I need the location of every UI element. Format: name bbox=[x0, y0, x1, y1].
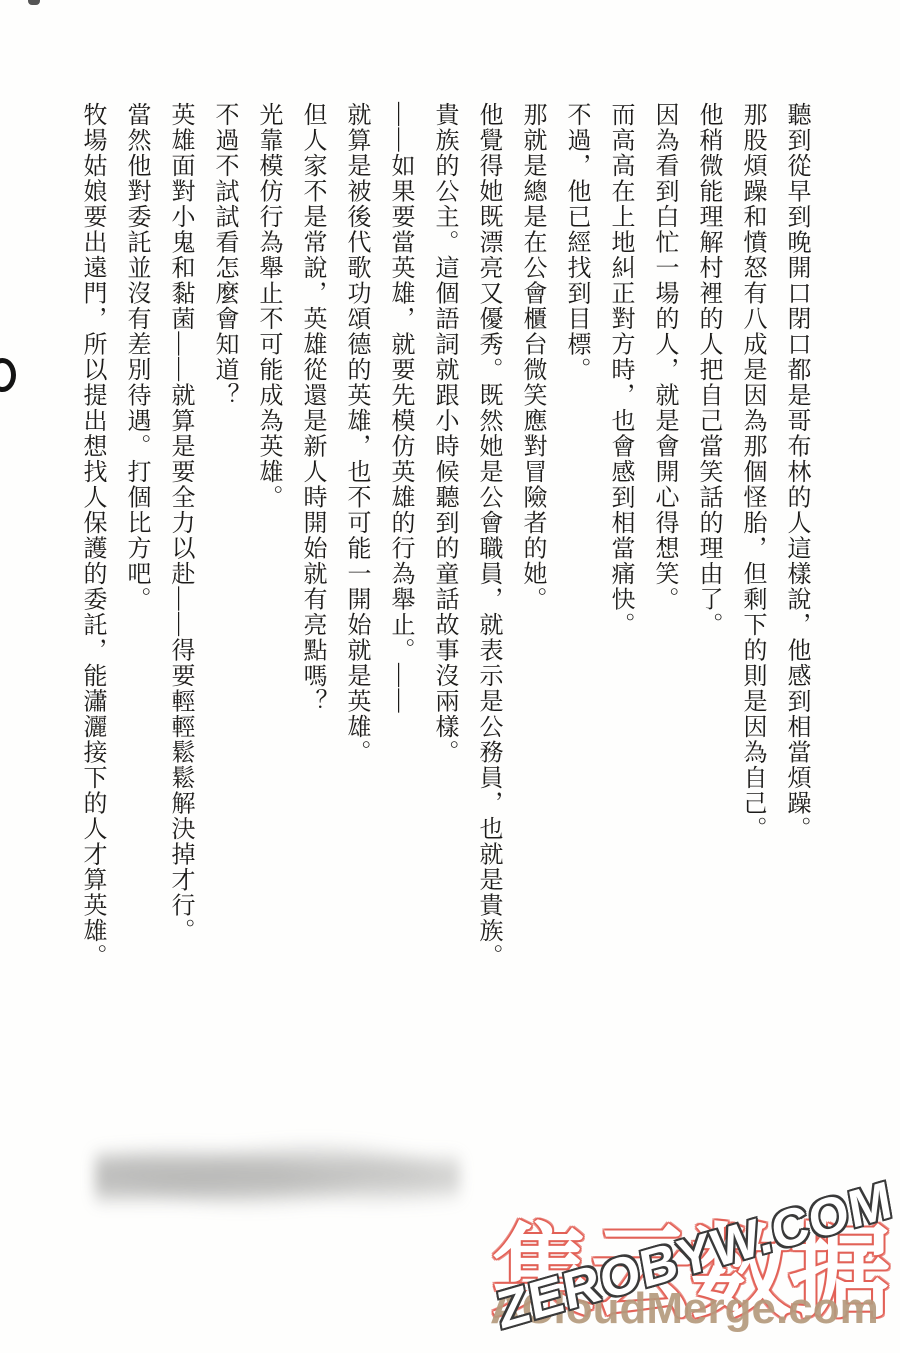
novel-page: 聽到從早到晚開口閉口都是哥布林的人這樣說，他感到相當煩躁。 那股煩躁和憤怒有八成… bbox=[0, 0, 900, 1353]
page-edge-mark bbox=[0, 358, 16, 392]
novel-text-block: 聽到從早到晚開口閉口都是哥布林的人這樣說，他感到相當煩躁。 那股煩躁和憤怒有八成… bbox=[70, 102, 818, 970]
scan-artifact-top-speck bbox=[28, 0, 40, 5]
text-column: 就算是被後代歌功頌德的英雄，也不可能一開始就是英雄。 bbox=[334, 102, 378, 970]
text-column: 不過不試試看怎麼會知道？ bbox=[202, 102, 246, 970]
text-column: 但人家不是常說，英雄從還是新人時開始就有亮點嗎？ bbox=[290, 102, 334, 970]
text-column: 那就是總是在公會櫃台微笑應對冒險者的她。 bbox=[510, 102, 554, 970]
text-column: 牧場姑娘要出遠門，所以提出想找人保護的委託，能瀟灑接下的人才算英雄。 bbox=[70, 102, 114, 970]
text-column: 他覺得她既漂亮又優秀。既然她是公會職員，就表示是公務員，也就是貴族。 bbox=[466, 102, 510, 970]
text-column: 不過，他已經找到目標。 bbox=[554, 102, 598, 970]
text-column: 英雄面對小鬼和黏菌——就算是要全力以赴——得要輕輕鬆鬆解決掉才行。 bbox=[158, 102, 202, 970]
text-column: 因為看到白忙一場的人，就是會開心得想笑。 bbox=[642, 102, 686, 970]
text-column: 當然他對委託並沒有差別待遇。打個比方吧。 bbox=[114, 102, 158, 970]
text-column: ——如果要當英雄，就要先模仿英雄的行為舉止。—— bbox=[378, 102, 422, 970]
text-column: 光靠模仿行為舉止不可能成為英雄。 bbox=[246, 102, 290, 970]
text-column: 而高高在上地糾正對方時，也會感到相當痛快。 bbox=[598, 102, 642, 970]
text-column: 那股煩躁和憤怒有八成是因為那個怪胎，但剩下的則是因為自己。 bbox=[730, 102, 774, 970]
text-column: 貴族的公主。這個語詞就跟小時候聽到的童話故事沒兩樣。 bbox=[422, 102, 466, 970]
text-column: 他稍微能理解村裡的人把自己當笑話的理由了。 bbox=[686, 102, 730, 970]
page-showthrough-smudge bbox=[95, 1132, 460, 1217]
text-column: 聽到從早到晚開口閉口都是哥布林的人這樣說，他感到相當煩躁。 bbox=[774, 102, 818, 970]
